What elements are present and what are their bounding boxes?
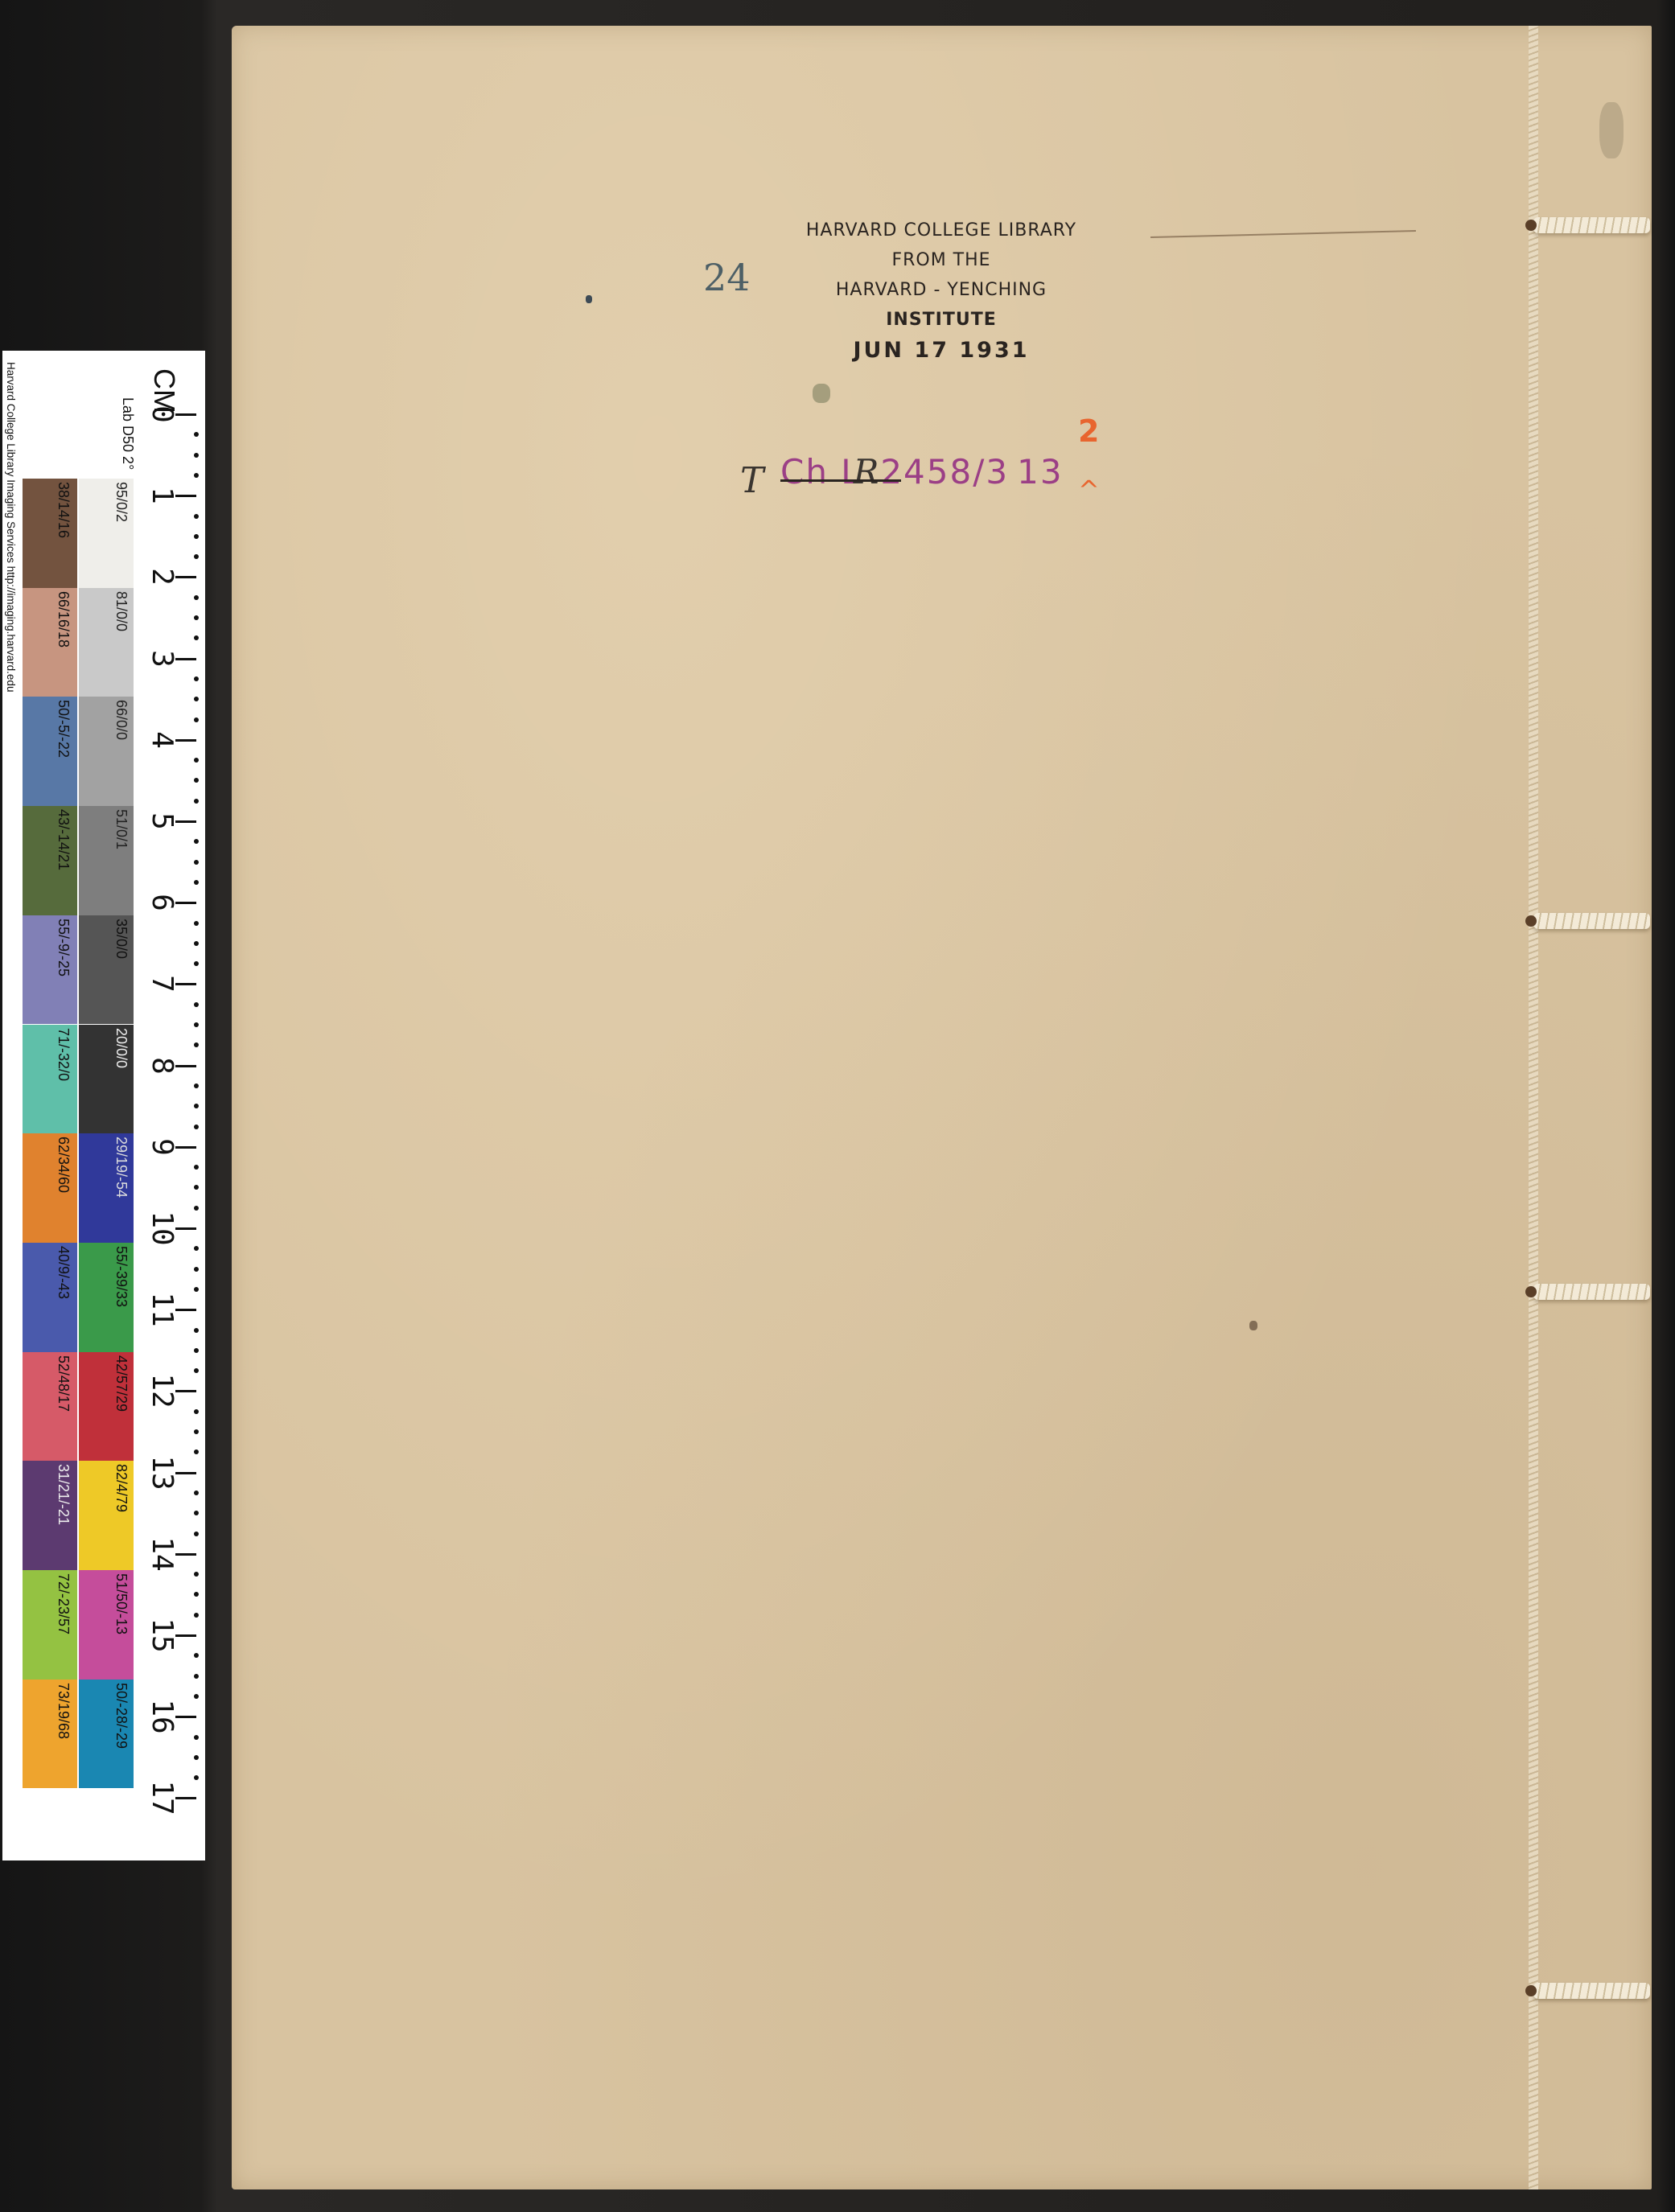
patch-label: 43/-14/21	[55, 809, 72, 870]
ruler-number: 17	[146, 1781, 179, 1815]
red-insert-number: 2	[1078, 413, 1099, 449]
ink-spot	[586, 295, 592, 303]
stitch-hole	[1525, 915, 1537, 927]
ruler-minor-tick	[194, 1022, 199, 1027]
patch-label: 40/9/-43	[55, 1246, 72, 1299]
ruler-minor-tick	[194, 778, 199, 783]
color-patch: 52/48/17	[23, 1352, 77, 1462]
color-patch: 31/21/-21	[23, 1461, 77, 1570]
ruler-minor-tick	[194, 1694, 199, 1699]
binding-stitch	[1533, 1284, 1650, 1300]
ruler-minor-tick	[194, 635, 199, 640]
ruler-minor-tick	[194, 1532, 199, 1536]
patch-label: 82/4/79	[113, 1464, 130, 1512]
ruler-minor-tick	[194, 473, 199, 478]
ruler-minor-tick	[194, 1246, 199, 1251]
binding-stitch	[1533, 1983, 1650, 1999]
patch-label: 35/0/0	[113, 919, 130, 959]
binding-stitch	[1533, 913, 1650, 929]
ruler-minor-tick	[194, 1592, 199, 1597]
patch-label: 66/0/0	[113, 700, 130, 740]
ruler-minor-tick	[194, 615, 199, 620]
ruler-minor-tick	[194, 1125, 199, 1129]
ruler-minor-tick	[194, 1083, 199, 1088]
call-number: Ch LR2458/313	[739, 452, 1064, 491]
ruler-number: 16	[146, 1700, 179, 1734]
ruler-minor-tick	[194, 432, 199, 437]
patch-label: 73/19/68	[55, 1683, 72, 1739]
ruler-minor-tick	[194, 1653, 199, 1658]
color-patch: 82/4/79	[79, 1461, 134, 1570]
ruler-minor-tick	[194, 1572, 199, 1577]
ruler-minor-tick	[194, 1267, 199, 1272]
ruler-number: 7	[146, 976, 179, 993]
smudge	[1599, 102, 1624, 158]
ruler-number: 5	[146, 812, 179, 830]
ruler-number: 12	[146, 1374, 179, 1408]
color-patch: 43/-14/21	[23, 806, 77, 915]
struck-prefix: Ch L	[780, 452, 862, 491]
ruler-minor-tick	[194, 1185, 199, 1190]
ruler-minor-tick	[194, 717, 199, 722]
ruler-minor-tick	[194, 961, 199, 966]
color-patch: 73/19/68	[23, 1680, 77, 1789]
ruler-number: 8	[146, 1057, 179, 1075]
color-calibration-target: Harvard College Library Imaging Services…	[2, 351, 205, 1860]
ruler-minor-tick	[194, 799, 199, 804]
ruler-minor-tick	[194, 1002, 199, 1007]
color-patch: 40/9/-43	[23, 1243, 77, 1352]
stamp-date: JUN 17 1931	[788, 335, 1094, 367]
ruler-minor-tick	[194, 1348, 199, 1353]
ruler-minor-tick	[194, 1511, 199, 1515]
patch-label: 66/16/18	[55, 591, 72, 648]
color-patch: 29/19/-54	[79, 1133, 134, 1243]
ruler-minor-tick	[194, 697, 199, 701]
patch-label: 51/0/1	[113, 809, 130, 849]
ruler-number: 14	[146, 1536, 179, 1571]
ruler-minor-tick	[194, 1490, 199, 1495]
color-patch: 62/34/60	[23, 1133, 77, 1243]
stamp-line-4: INSTITUTE	[788, 305, 1094, 335]
color-patch: 50/-5/-22	[23, 697, 77, 806]
patch-label: 29/19/-54	[113, 1137, 130, 1198]
ruler-minor-tick	[194, 554, 199, 559]
ruler-minor-tick	[194, 534, 199, 539]
ruler-minor-tick	[194, 1674, 199, 1679]
ruler-number: 13	[146, 1455, 179, 1490]
patch-label: 55/-9/-25	[55, 919, 72, 976]
ruler-minor-tick	[194, 1368, 199, 1373]
patch-label: 51/50/-13	[113, 1573, 130, 1634]
ruler-minor-tick	[194, 1328, 199, 1333]
color-patch: 66/0/0	[79, 697, 134, 806]
ruler-number: 2	[146, 569, 179, 586]
ruler-number: 1	[146, 487, 179, 504]
patch-label: 31/21/-21	[55, 1464, 72, 1525]
ruler-minor-tick	[194, 1449, 199, 1454]
ruler-minor-tick	[194, 676, 199, 681]
lab-label: Lab D50 2°	[119, 397, 136, 470]
patch-label: 50/-28/-29	[113, 1683, 130, 1749]
color-patch: 55/-39/33	[79, 1243, 134, 1352]
patch-label: 52/48/17	[55, 1355, 72, 1412]
ruler-minor-tick	[194, 1287, 199, 1292]
ruler-minor-tick	[194, 1735, 199, 1740]
color-patch: 51/50/-13	[79, 1570, 134, 1680]
ruler-number: 10	[146, 1211, 179, 1245]
binding-thread	[1529, 26, 1538, 2189]
ruler-minor-tick	[194, 758, 199, 763]
credit-text: Harvard College Library Imaging Services…	[5, 362, 17, 692]
color-patch: 42/57/29	[79, 1352, 134, 1462]
ruler-number: 4	[146, 731, 179, 749]
ruler-minor-tick	[194, 1775, 199, 1780]
stitch-hole	[1525, 1985, 1537, 1996]
call-number-suffix: 13	[1017, 452, 1063, 491]
ruler-number: 0	[146, 405, 179, 423]
ruler-minor-tick	[194, 453, 199, 458]
patch-label: 50/-5/-22	[55, 700, 72, 758]
patch-label: 55/-39/33	[113, 1246, 130, 1307]
ruler-minor-tick	[194, 1206, 199, 1211]
ruler-number: 9	[146, 1138, 179, 1156]
ruler-minor-tick	[194, 514, 199, 519]
ruler-number: 3	[146, 650, 179, 668]
patch-label: 71/-32/0	[55, 1028, 72, 1081]
color-patch: 95/0/2	[79, 479, 134, 588]
stain-spot	[1249, 1321, 1257, 1330]
color-patch: 38/14/16	[23, 479, 77, 588]
library-stamp: HARVARD COLLEGE LIBRARY FROM THE HARVARD…	[788, 216, 1094, 367]
ruler-minor-tick	[194, 595, 199, 600]
ruler-minor-tick	[194, 1104, 199, 1108]
ruler-number: 11	[146, 1293, 179, 1327]
color-patch: 72/-23/57	[23, 1570, 77, 1680]
ruler-number: 6	[146, 894, 179, 911]
patch-label: 72/-23/57	[55, 1573, 72, 1634]
pencil-overwrite: R	[854, 452, 881, 491]
stain-spot	[813, 384, 830, 403]
ruler-minor-tick	[194, 1409, 199, 1414]
ruler-minor-tick	[194, 1613, 199, 1618]
color-patch: 81/0/0	[79, 588, 134, 697]
red-caret: ^	[1078, 475, 1100, 505]
call-number-main: 2458/3	[880, 452, 1009, 491]
binding-stitch	[1533, 217, 1650, 233]
patch-label: 42/57/29	[113, 1355, 130, 1412]
patch-label: 95/0/2	[113, 482, 130, 522]
ruler-minor-tick	[194, 921, 199, 926]
patch-label: 38/14/16	[55, 482, 72, 538]
stamp-line-2: FROM THE	[788, 245, 1094, 275]
color-patch: 20/0/0	[79, 1025, 134, 1134]
stitch-hole	[1525, 1286, 1537, 1297]
stitch-hole	[1525, 220, 1537, 231]
color-patch: 66/16/18	[23, 588, 77, 697]
ruler-minor-tick	[194, 880, 199, 885]
strikethrough-line	[780, 479, 901, 482]
ruler-minor-tick	[194, 941, 199, 946]
ruler-minor-tick	[194, 860, 199, 865]
stamp-line-3: HARVARD - YENCHING	[788, 275, 1094, 305]
patch-label: 62/34/60	[55, 1137, 72, 1193]
patch-label: 81/0/0	[113, 591, 130, 631]
ruler-number: 15	[146, 1618, 179, 1652]
color-patch: 71/-32/0	[23, 1025, 77, 1134]
handwritten-number: 24	[703, 256, 751, 299]
patch-label: 20/0/0	[113, 1028, 130, 1068]
color-patch: 51/0/1	[79, 806, 134, 915]
ruler-minor-tick	[194, 839, 199, 844]
ruler-minor-tick	[194, 1755, 199, 1760]
ruler-minor-tick	[194, 1429, 199, 1434]
color-patch: 35/0/0	[79, 915, 134, 1025]
color-patch: 50/-28/-29	[79, 1680, 134, 1789]
color-patch: 55/-9/-25	[23, 915, 77, 1025]
stamp-line-1: HARVARD COLLEGE LIBRARY	[788, 216, 1094, 245]
ruler-minor-tick	[194, 1042, 199, 1047]
ruler-minor-tick	[194, 1165, 199, 1170]
